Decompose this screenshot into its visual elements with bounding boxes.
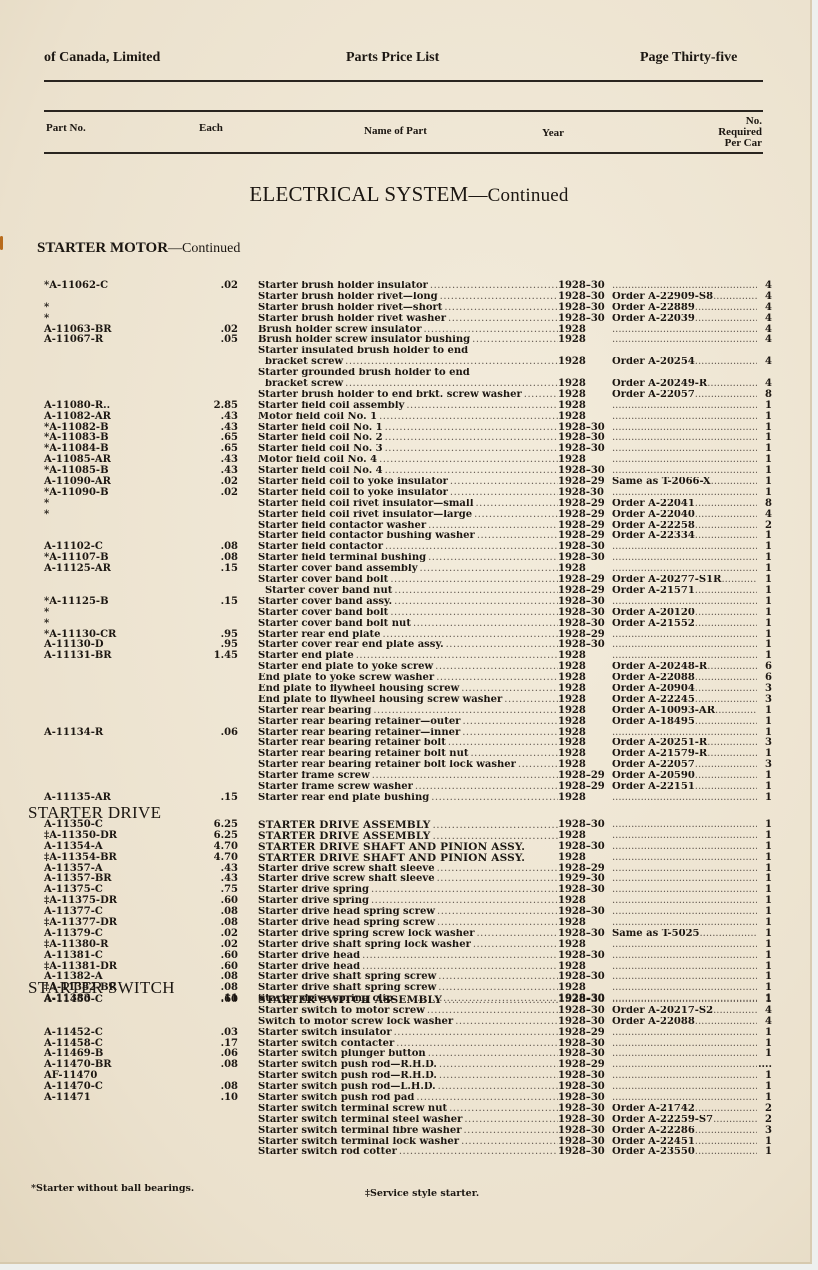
remarks-text: Order A-21571 xyxy=(612,586,695,596)
leader-dots: ........................................… xyxy=(612,918,757,928)
remarks: ........................................… xyxy=(612,325,757,336)
table-row: A-11085-AR.43Motor field coil No. 4.....… xyxy=(0,455,818,466)
table-row: *Starter cover band bolt nut............… xyxy=(0,619,818,630)
remarks-text: Order A-22088 xyxy=(612,673,695,683)
leader-dots: ........................................… xyxy=(394,1028,558,1038)
price-each: .02 xyxy=(196,488,238,499)
part-name-text: Starter rear bearing retainer—inner xyxy=(258,728,460,738)
leader-dots: ........................................… xyxy=(356,651,558,661)
remarks: Order A-20120...........................… xyxy=(612,608,757,619)
remarks: ........................................… xyxy=(612,853,757,864)
year: 1928–30 xyxy=(558,951,610,962)
remarks: ........................................… xyxy=(612,401,757,412)
table-row: A-11125-AR.15Starter cover band assembly… xyxy=(0,564,818,575)
part-name-text: End plate to flywheel housing screw xyxy=(258,684,459,694)
leader-dots: ........................................… xyxy=(612,281,757,291)
remarks-text: Order A-21579-R xyxy=(612,749,707,759)
part-name-text: Brush holder screw insulator xyxy=(258,325,421,335)
remarks: Order A-20217-S2........................… xyxy=(612,1006,757,1017)
leader-dots: ........................................… xyxy=(612,896,757,906)
remarks: Order A-22258...........................… xyxy=(612,521,757,532)
leader-dots: ........................................… xyxy=(713,1006,757,1016)
remarks: ........................................… xyxy=(612,640,757,651)
quantity-per-car: 1 xyxy=(758,717,772,728)
leader-dots: ........................................… xyxy=(695,684,757,694)
price-each: .03 xyxy=(196,1028,238,1039)
remarks: ........................................… xyxy=(612,874,757,885)
remarks: ........................................… xyxy=(612,962,757,973)
remarks: Order A-20254...........................… xyxy=(612,357,757,368)
part-name-text: bracket screw xyxy=(258,357,343,367)
leader-dots: ........................................… xyxy=(612,423,757,433)
leader-dots: ........................................… xyxy=(444,995,558,1006)
leader-dots: ........................................… xyxy=(612,793,757,803)
leader-dots: ........................................… xyxy=(437,864,558,874)
part-name: Starter brush holder rivet—short........… xyxy=(258,303,558,314)
remarks: Order A-22259-S7........................… xyxy=(612,1115,757,1126)
leader-dots: ........................................… xyxy=(436,673,558,683)
price-each: .02 xyxy=(196,281,238,292)
leader-dots: ........................................… xyxy=(715,706,757,716)
table-row: A-11377-C.08Starter drive head spring sc… xyxy=(0,907,818,918)
part-name: Starter switch push rod pad.............… xyxy=(258,1093,558,1104)
part-name: Starter field coil to yoke insulator....… xyxy=(258,477,558,488)
part-name-text: Starter switch push rod—R.H.D. xyxy=(258,1060,437,1070)
part-name: Starter cover band bolt nut.............… xyxy=(258,619,558,630)
leader-dots: ........................................… xyxy=(695,1017,757,1027)
part-name: Starter brush holder to end brkt. screw … xyxy=(258,390,558,401)
leader-dots: ........................................… xyxy=(416,1093,558,1103)
part-name: STARTER DRIVE ASSEMBLY..................… xyxy=(258,820,558,831)
part-name-text: Starter switch terminal lock washer xyxy=(258,1137,459,1147)
required-line-3: Per Car xyxy=(700,138,762,149)
part-number: * xyxy=(44,499,194,510)
leader-dots: ........................................… xyxy=(612,1039,757,1049)
remarks-text: Order A-20249-R xyxy=(612,379,707,389)
part-name: Starter switch push rod—R.H.D...........… xyxy=(258,1060,558,1071)
table-row: bracket screw...........................… xyxy=(0,357,818,368)
remarks: Same as T-2066-X........................… xyxy=(612,477,757,488)
part-name-text: Starter frame screw washer xyxy=(258,782,413,792)
quantity-per-car: 4 xyxy=(758,335,772,346)
quantity-per-car: 1 xyxy=(758,1147,772,1158)
remarks: Order A-22057...........................… xyxy=(612,390,757,401)
part-name: Brush holder screw insulator bushing....… xyxy=(258,335,558,346)
part-name-text: Starter field coil assembly xyxy=(258,401,404,411)
part-name: Starter switch insulator................… xyxy=(258,1028,558,1039)
part-name-text: Starter field coil rivet insulator—large xyxy=(258,510,472,520)
year: 1928 xyxy=(558,793,610,804)
part-name: Starter end plate.......................… xyxy=(258,651,558,662)
quantity-per-car: 4 xyxy=(758,510,772,521)
remarks-text: Order A-10093-AR xyxy=(612,706,715,716)
leader-dots: ........................................… xyxy=(518,760,558,770)
part-name-text: Starter grounded brush holder to end xyxy=(258,368,470,378)
part-name-text: Starter field coil rivet insulator—small xyxy=(258,499,474,509)
table-row: *A-11062-C.02Starter brush holder insula… xyxy=(0,281,818,292)
table-row: Starter rear bearing retainer bolt lock … xyxy=(0,760,818,771)
remarks: Order A-20904...........................… xyxy=(612,684,757,695)
remarks: ........................................… xyxy=(612,423,757,434)
leader-dots: ........................................… xyxy=(707,738,757,748)
remarks: ........................................… xyxy=(612,820,757,831)
leader-dots: ........................................… xyxy=(612,651,757,661)
year: 1928–29 xyxy=(558,510,610,521)
leader-dots: ........................................… xyxy=(612,831,757,841)
part-number: * xyxy=(44,608,194,619)
remarks: Order A-23550...........................… xyxy=(612,1147,757,1158)
leader-dots: ........................................… xyxy=(394,597,558,607)
table-row: Starter switch terminal steel washer....… xyxy=(0,1115,818,1126)
leader-dots: ........................................… xyxy=(612,597,757,607)
table-row: Starter switch terminal screw nut.......… xyxy=(0,1104,818,1115)
leader-dots: ........................................… xyxy=(707,749,757,759)
part-name-text: Starter cover band bolt nut xyxy=(258,619,411,629)
leader-dots: ........................................… xyxy=(450,488,558,498)
leader-dots: ........................................… xyxy=(695,1137,757,1147)
part-name: Starter field contactor washer..........… xyxy=(258,521,558,532)
quantity-per-car: 4 xyxy=(758,357,772,368)
column-header-part-no: Part No. xyxy=(46,122,86,134)
leader-dots: ........................................… xyxy=(444,303,558,313)
leader-dots: ........................................… xyxy=(695,510,757,520)
leader-dots: ........................................… xyxy=(695,695,757,705)
table-row: A-11470-C.08Starter switch push rod—L.H.… xyxy=(0,1082,818,1093)
catalog-page: of Canada, Limited Parts Price List Page… xyxy=(0,0,812,1264)
remarks: Order A-21579-R.........................… xyxy=(612,749,757,760)
part-name: End plate to flywheel housing screw.....… xyxy=(258,684,558,695)
year: 1928–30 xyxy=(558,608,610,619)
year: 1928 xyxy=(558,853,610,864)
part-name-text: Starter cover band bolt xyxy=(258,608,388,618)
leader-dots: ........................................… xyxy=(413,619,558,629)
leader-dots: ........................................… xyxy=(385,542,558,552)
leader-dots: ........................................… xyxy=(612,640,757,650)
table-row: ‡A-11354-BR4.70STARTER DRIVE SHAFT AND P… xyxy=(0,853,818,864)
leader-dots: ........................................… xyxy=(373,706,558,716)
quantity-per-car: 1 xyxy=(758,608,772,619)
part-name: Starter cover band bolt.................… xyxy=(258,575,558,586)
table-row: End plate to flywheel housing screw wash… xyxy=(0,695,818,706)
table-row: A-11134-R.06Starter rear bearing retaine… xyxy=(0,728,818,739)
leader-dots: ........................................… xyxy=(362,951,558,961)
price-each: .15 xyxy=(196,564,238,575)
leader-dots: ........................................… xyxy=(612,553,757,563)
part-name: Motor field coil No. 4..................… xyxy=(258,455,558,466)
leader-dots: ........................................… xyxy=(612,1028,757,1038)
part-name-text: Starter drive head xyxy=(258,962,360,972)
part-name: Starter field coil rivet insulator—small… xyxy=(258,499,558,510)
leader-dots: ........................................… xyxy=(438,972,558,982)
table-row: *Starter brush holder rivet—short.......… xyxy=(0,303,818,314)
part-name-text: Starter cover band bolt xyxy=(258,575,388,585)
part-name-text: Starter rear bearing retainer bolt nut xyxy=(258,749,468,759)
part-name-text: Starter end plate xyxy=(258,651,354,661)
leader-dots: ........................................… xyxy=(439,1071,558,1081)
year: 1928 xyxy=(558,335,610,346)
part-name: Starter frame screw.....................… xyxy=(258,771,558,782)
table-row: A-11458-C.17Starter switch contacter....… xyxy=(0,1039,818,1050)
part-name: Starter switch push rod—R.H.D...........… xyxy=(258,1071,558,1082)
leader-dots: ........................................… xyxy=(427,1006,558,1016)
part-name-text: Starter brush holder rivet—short xyxy=(258,303,442,313)
part-name-text: Starter switch plunger button xyxy=(258,1049,426,1059)
leader-dots: ........................................… xyxy=(439,1060,558,1070)
part-name-text: Starter switch insulator xyxy=(258,1028,392,1038)
leader-dots: ........................................… xyxy=(423,325,558,335)
remarks: ........................................… xyxy=(612,918,757,929)
remarks-text: Order A-21552 xyxy=(612,619,695,629)
remarks: Order A-21571...........................… xyxy=(612,586,757,597)
leader-dots: ........................................… xyxy=(612,962,757,972)
part-name: Starter field coil No. 2................… xyxy=(258,433,558,444)
part-name-text: Starter drive screw shaft sleeve xyxy=(258,874,435,884)
leader-dots: ........................................… xyxy=(612,433,757,443)
remarks-text: Order A-22151 xyxy=(612,782,695,792)
part-name-text: Starter drive spring xyxy=(258,885,369,895)
part-name-text: Starter rear end plate xyxy=(258,630,381,640)
part-name: Starter switch to motor screw...........… xyxy=(258,1006,558,1017)
part-number: A-11131-BR xyxy=(44,651,194,662)
table-row: ‡A-11350-DR6.25STARTER DRIVE ASSEMBLY...… xyxy=(0,831,818,842)
part-name-text: Starter brush holder to end brkt. screw … xyxy=(258,390,522,400)
remarks-text: Order A-20254 xyxy=(612,357,695,367)
remarks: ........................................… xyxy=(612,1060,757,1071)
remarks: Order A-22040...........................… xyxy=(612,510,757,521)
leader-dots: ........................................… xyxy=(695,314,757,324)
quantity-per-car: 1 xyxy=(758,706,772,717)
part-name: Starter end plate to yoke screw.........… xyxy=(258,662,558,673)
header-page-number: Page Thirty-five xyxy=(640,50,737,66)
leader-dots: ........................................… xyxy=(695,1126,757,1136)
remarks: Order A-21552...........................… xyxy=(612,619,757,630)
part-number: *A-11062-C xyxy=(44,281,194,292)
part-name-text: Starter switch push rod—R.H.D. xyxy=(258,1071,437,1081)
part-name: Starter cover band assy.................… xyxy=(258,597,558,608)
table-row: Starter cover band bolt.................… xyxy=(0,575,818,586)
leader-dots: ........................................… xyxy=(385,466,558,476)
table-row: *A-11084-B.65Starter field coil No. 3...… xyxy=(0,444,818,455)
remarks: ........................................… xyxy=(612,542,757,553)
part-name-text: Starter rear end plate bushing xyxy=(258,793,429,803)
year: 1928 xyxy=(558,357,610,368)
part-name: Motor field coil No. 1..................… xyxy=(258,412,558,423)
leader-dots: ........................................… xyxy=(371,885,558,895)
remarks: ........................................… xyxy=(612,896,757,907)
leader-dots: ........................................… xyxy=(462,728,558,738)
remarks: ........................................… xyxy=(612,1093,757,1104)
table-row: End plate to flywheel housing screw.....… xyxy=(0,684,818,695)
remarks-text: Order A-20217-S2 xyxy=(612,1006,713,1016)
leader-dots: ........................................… xyxy=(406,401,558,411)
leader-dots: ........................................… xyxy=(428,553,558,563)
leader-dots: ........................................… xyxy=(437,907,558,917)
part-name-text: Starter switch terminal screw nut xyxy=(258,1104,447,1114)
price-each: .15 xyxy=(196,597,238,608)
table-row: A-11102-C.08Starter field contactor.....… xyxy=(0,542,818,553)
table-row: A-11067-R.05Brush holder screw insulator… xyxy=(0,335,818,346)
leader-dots: ........................................… xyxy=(362,962,558,972)
part-number: A-11471 xyxy=(44,1093,194,1104)
part-name-text: Starter drive head spring screw xyxy=(258,907,435,917)
leader-dots: ........................................… xyxy=(612,1082,757,1092)
leader-dots: ........................................… xyxy=(394,586,558,596)
table-row: *A-11130-CR.95Starter rear end plate....… xyxy=(0,630,818,641)
part-name-text: STARTER DRIVE ASSEMBLY xyxy=(258,831,430,842)
leader-dots: ........................................… xyxy=(448,738,558,748)
part-name: Starter frame screw washer..............… xyxy=(258,782,558,793)
part-name-text: Starter brush holder rivet—long xyxy=(258,292,438,302)
remarks: Order A-22041...........................… xyxy=(612,499,757,510)
remarks: ........................................… xyxy=(612,951,757,962)
leader-dots: ........................................… xyxy=(371,896,558,906)
leader-dots: ........................................… xyxy=(695,760,757,770)
table-row: *Starter field coil rivet insulator—smal… xyxy=(0,499,818,510)
remarks-text: Order A-18495 xyxy=(612,717,695,727)
table-row: ‡A-11377-DR.08Starter drive head spring … xyxy=(0,918,818,929)
part-name-text: Starter drive shaft spring screw xyxy=(258,983,436,993)
leader-dots: ........................................… xyxy=(612,940,757,950)
leader-dots: ........................................… xyxy=(695,531,757,541)
leader-dots: ........................................… xyxy=(707,379,757,389)
leader-dots: ........................................… xyxy=(476,499,559,509)
starter-motor-table: *A-11062-C.02Starter brush holder insula… xyxy=(0,281,818,804)
part-name: Starter switch push rod—L.H.D...........… xyxy=(258,1082,558,1093)
part-name-text: Starter field contactor washer xyxy=(258,521,426,531)
remarks: ........................................… xyxy=(612,281,757,292)
table-row: A-11471.10Starter switch push rod pad...… xyxy=(0,1093,818,1104)
leader-dots: ........................................… xyxy=(612,630,757,640)
remarks: ........................................… xyxy=(612,983,757,994)
table-row: A-11357-A.43Starter drive screw shaft sl… xyxy=(0,864,818,875)
page-title: ELECTRICAL SYSTEM—Continued xyxy=(0,182,818,207)
remarks: ........................................… xyxy=(612,444,757,455)
leader-dots: ........................................… xyxy=(437,918,558,928)
part-name: Starter rear bearing retainer bolt lock … xyxy=(258,760,558,771)
leader-dots: ........................................… xyxy=(612,542,757,552)
leader-dots: ........................................… xyxy=(612,842,757,852)
table-row: *A-11083-B.65Starter field coil No. 2...… xyxy=(0,433,818,444)
remarks-text: Order A-20590 xyxy=(612,771,695,781)
leader-dots: ........................................… xyxy=(428,521,558,531)
quantity-per-car: 1 xyxy=(758,853,772,864)
price-each: .08 xyxy=(196,1060,238,1071)
remarks: Same as T-5025..........................… xyxy=(612,929,757,940)
part-name: Starter field coil No. 1................… xyxy=(258,423,558,434)
remarks-text: Order A-22909-S8 xyxy=(612,292,713,302)
price-each: 1.45 xyxy=(196,651,238,662)
table-row: *A-11085-B.43Starter field coil No. 4...… xyxy=(0,466,818,477)
leader-dots: ........................................… xyxy=(612,466,757,476)
table-row: A-11375-C.75Starter drive spring........… xyxy=(0,885,818,896)
part-name: Starter switch terminal fibre washer....… xyxy=(258,1126,558,1137)
leader-dots: ........................................… xyxy=(396,1039,558,1049)
leader-dots: ........................................… xyxy=(473,940,558,950)
leader-dots: ........................................… xyxy=(695,782,757,792)
part-name: Starter drive shaft spring lock washer..… xyxy=(258,940,558,951)
remarks: ........................................… xyxy=(612,842,757,853)
part-name: Starter rear bearing retainer bolt nut..… xyxy=(258,749,558,760)
part-name: Starter drive spring....................… xyxy=(258,885,558,896)
year: 1928–30 xyxy=(558,1126,610,1137)
table-row: A-11469-B.06Starter switch plunger butto… xyxy=(0,1049,818,1060)
part-name: STARTER DRIVE SHAFT AND PINION ASSY. xyxy=(258,842,558,853)
table-row: Starter field contactor bushing washer..… xyxy=(0,531,818,542)
part-name-text: End plate to flywheel housing screw wash… xyxy=(258,695,502,705)
price-each: .05 xyxy=(196,335,238,346)
part-name: Starter switch contacter................… xyxy=(258,1039,558,1050)
leader-dots: ........................................… xyxy=(612,853,757,863)
leader-dots: ........................................… xyxy=(477,929,559,939)
part-name-text: Starter field terminal bushing xyxy=(258,553,426,563)
leader-dots: ........................................… xyxy=(431,793,558,803)
remarks: Order A-22909-S8........................… xyxy=(612,292,757,303)
part-name: Starter drive head......................… xyxy=(258,951,558,962)
table-row: Starter grounded brush holder to end xyxy=(0,368,818,379)
leader-dots: ........................................… xyxy=(612,412,757,422)
remarks: ........................................… xyxy=(612,466,757,477)
table-row: AF-11470Starter switch push rod—R.H.D...… xyxy=(0,1071,818,1082)
remarks-text: Order A-22889 xyxy=(612,303,695,313)
part-name-text: Starter drive head spring screw xyxy=(258,918,435,928)
leader-dots: ........................................… xyxy=(612,820,757,830)
remarks-text: Order A-22259-S7 xyxy=(612,1115,713,1125)
table-row: Starter frame screw washer..............… xyxy=(0,782,818,793)
part-number: *A-11090-B xyxy=(44,488,194,499)
part-name: Starter cover rear end plate assy.......… xyxy=(258,640,558,651)
remarks: ........................................… xyxy=(612,412,757,423)
table-row: A-11354-A4.70STARTER DRIVE SHAFT AND PIN… xyxy=(0,842,818,853)
section-heading-text: STARTER MOTOR xyxy=(37,240,168,256)
part-name: Starter field terminal bushing..........… xyxy=(258,553,558,564)
price-each: 4.70 xyxy=(196,853,238,864)
table-row: A-11357-BR.43Starter drive screw shaft s… xyxy=(0,874,818,885)
year: 1928–30 xyxy=(558,1147,610,1158)
table-row: ‡A-11381-DR.60Starter drive head........… xyxy=(0,962,818,973)
table-row: *A-11082-B.43Starter field coil No. 1...… xyxy=(0,423,818,434)
part-number: A-11134-R xyxy=(44,728,194,739)
table-row: Starter switch terminal lock washer.....… xyxy=(0,1137,818,1148)
remarks: ........................................… xyxy=(612,455,757,466)
remarks: Order A-22057...........................… xyxy=(612,760,757,771)
price-each: .06 xyxy=(196,728,238,739)
leader-dots: ........................................… xyxy=(524,390,558,400)
part-name: Starter field coil to yoke insulator....… xyxy=(258,488,558,499)
leader-dots: ........................................… xyxy=(695,717,757,727)
leader-dots: ........................................… xyxy=(711,477,757,487)
remarks: Order A-22088...........................… xyxy=(612,673,757,684)
table-row: *A-11107-B.08Starter field terminal bush… xyxy=(0,553,818,564)
remarks-text: Order A-22057 xyxy=(612,390,695,400)
leader-dots: ........................................… xyxy=(695,771,757,781)
part-name: Starter brush holder rivet—long.........… xyxy=(258,292,558,303)
part-name: STARTER DRIVE ASSEMBLY..................… xyxy=(258,831,558,842)
part-name: End plate to flywheel housing screw wash… xyxy=(258,695,558,706)
leader-dots: ........................................… xyxy=(612,874,757,884)
column-header-each: Each xyxy=(199,122,223,134)
table-row: A-11350-C6.25STARTER DRIVE ASSEMBLY.....… xyxy=(0,820,818,831)
part-name: Starter field coil No. 3................… xyxy=(258,444,558,455)
part-name-text: Starter drive spring xyxy=(258,896,369,906)
leader-dots: ........................................… xyxy=(695,619,757,629)
part-name: Starter switch terminal steel washer....… xyxy=(258,1115,558,1126)
part-number: A-11067-R xyxy=(44,335,194,346)
table-row: Starter rear bearing retainer bolt nut..… xyxy=(0,749,818,760)
part-name: Starter drive head......................… xyxy=(258,962,558,973)
leader-dots: ........................................… xyxy=(474,510,558,520)
remarks-text: Order A-22088 xyxy=(612,1017,695,1027)
part-number: A-11452-C xyxy=(44,1028,194,1039)
